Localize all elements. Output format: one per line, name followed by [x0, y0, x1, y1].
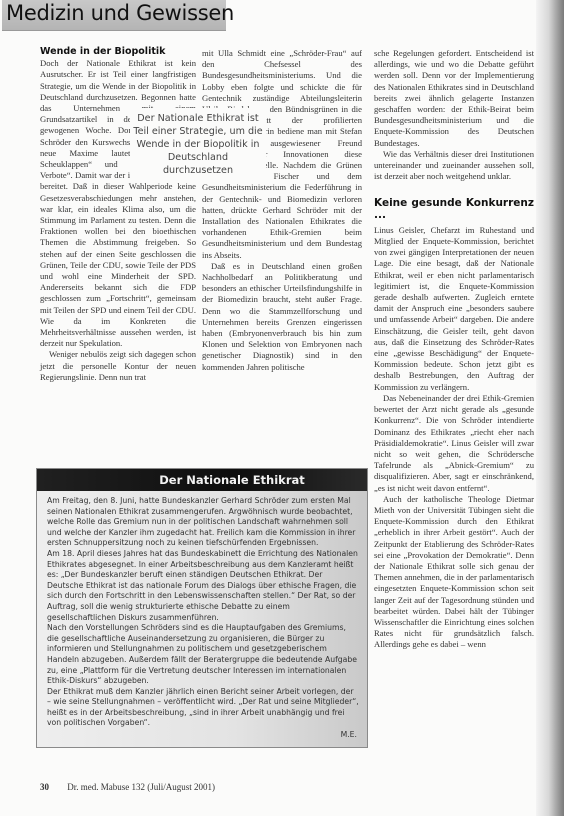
page-edge-shadow — [536, 0, 564, 816]
page-number: 30 — [40, 782, 49, 792]
paragraph: Auch der katholische Theologe Dietmar Mi… — [374, 494, 534, 651]
publication-info: Dr. med. Mabuse 132 (Juli/August 2001) — [67, 782, 215, 792]
article-column-3: sche Regelungen gefordert. Entscheidend … — [374, 48, 534, 651]
box-paragraph: Nach den Vorstellungen Schröders sind es… — [47, 623, 359, 687]
page-footer: 30 Dr. med. Mabuse 132 (Juli/August 2001… — [40, 782, 215, 792]
paragraph: Weniger nebulös zeigt sich dagegen schon… — [40, 349, 196, 383]
author-initials: M.E. — [341, 730, 357, 739]
sidebar-box-title: Der Nationale Ethikrat — [99, 473, 305, 487]
paragraph: Das Nebeneinander der drei Ethik-Gremien… — [374, 393, 534, 494]
section-header: Medizin und Gewissen — [2, 0, 226, 31]
paragraph: Daß es in Deutschland einen großen Nachh… — [202, 261, 362, 373]
paragraph: Linus Geisler, Chefarzt im Ruhestand und… — [374, 225, 534, 393]
article-column-2: mit Ulla Schmidt eine „Schröder-Frau“ au… — [202, 48, 362, 373]
box-paragraph: Am Freitag, den 8. Juni, hatte Bundeskan… — [47, 496, 359, 549]
subheading-konkurrenz: Keine gesunde Konkurrenz ... — [374, 198, 534, 220]
subheading-wende: Wende in der Biopolitik — [40, 46, 196, 57]
pull-quote: Der Nationale Ethikrat ist Teil einer St… — [130, 108, 266, 181]
box-paragraph: Der Ethikrat muß dem Kanzler jährlich ei… — [47, 687, 359, 729]
section-title: Medizin und Gewissen — [6, 1, 234, 25]
paragraph: Doch der Nationale Ethikrat ist kein Aus… — [40, 58, 196, 349]
box-paragraph: Am 18. April dieses Jahres hat das Bunde… — [47, 549, 359, 623]
sidebar-box-title-bar: Der Nationale Ethikrat — [37, 469, 367, 491]
sidebar-box-body: Am Freitag, den 8. Juni, hatte Bundeskan… — [47, 496, 359, 729]
paragraph: Wie das Verhältnis dieser drei Instituti… — [374, 149, 534, 183]
article-column-1: Wende in der Biopolitik Doch der Nationa… — [40, 46, 196, 383]
sidebar-box-ethikrat: Der Nationale Ethikrat Am Freitag, den 8… — [36, 468, 368, 748]
paragraph: sche Regelungen gefordert. Entscheidend … — [374, 48, 534, 149]
